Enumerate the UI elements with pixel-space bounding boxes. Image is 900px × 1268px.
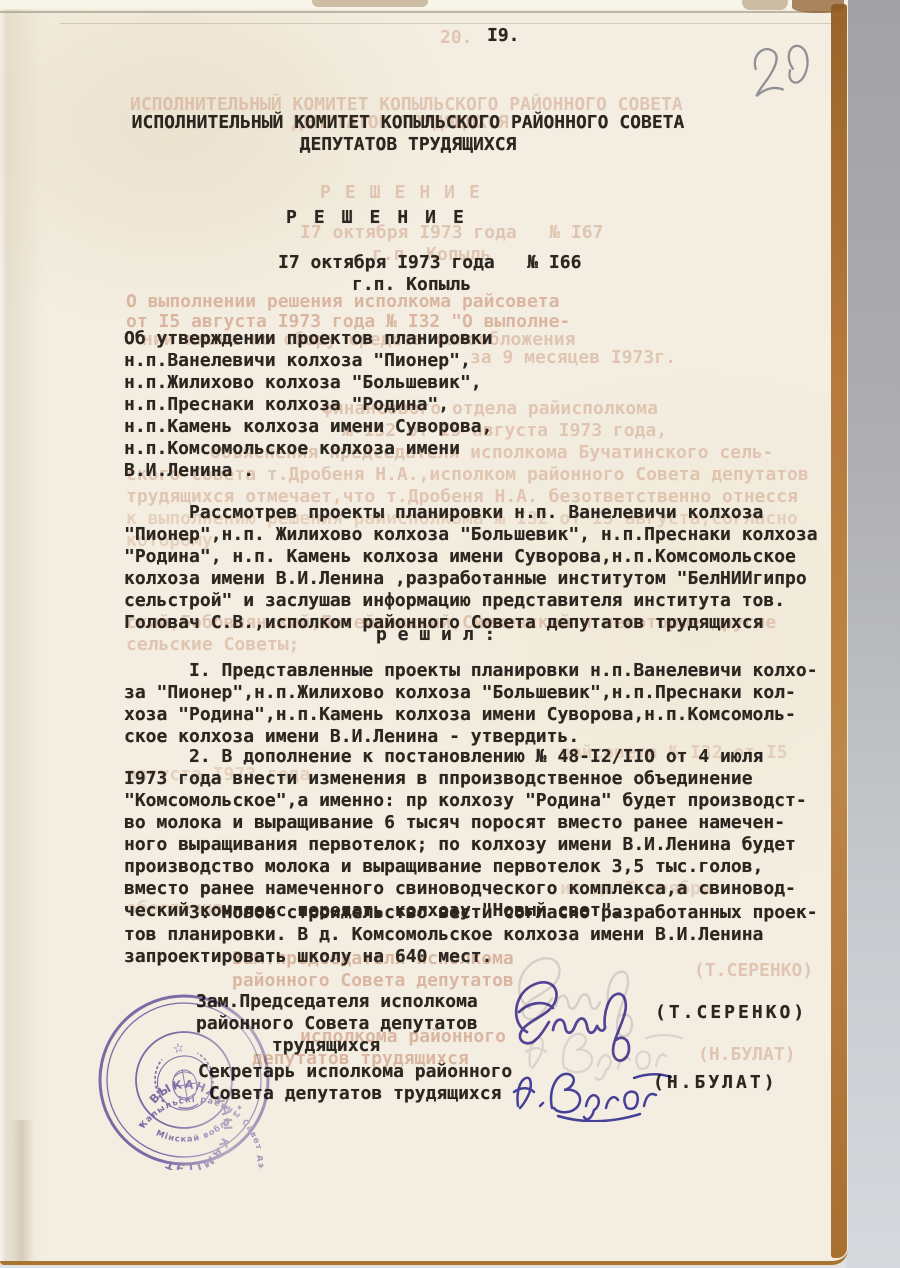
- stamp-emblem-star: ☆: [171, 1041, 185, 1058]
- page-edge-line: [0, 11, 833, 13]
- signature-bulat: [508, 1062, 676, 1122]
- svg-text:Мінскай вобласці: Мінскай вобласці: [94, 990, 236, 1159]
- stamp-star-right: ✦: [235, 1103, 245, 1114]
- signatory-name-serenko: (Т.СЕРЕНКО): [655, 1002, 807, 1024]
- official-round-stamp: ☆ ВЫКАНАЎЧЫ КАМІТЭТ Капыльскі раённы Сав…: [94, 990, 274, 1170]
- ghost-page-number: 20.: [440, 27, 473, 49]
- document-header: ИСПОЛНИТЕЛЬНЫЙ КОМИТЕТ КОПЫЛЬСКОГО РАЙОН…: [122, 112, 694, 156]
- date-and-number-line: I7 октября I973 года № I66: [278, 252, 581, 274]
- ghost-line: (Н.БУЛАТ): [698, 1044, 796, 1066]
- point-1: I. Представленные проекты планировки н.п…: [124, 660, 818, 748]
- pencil-handwritten-number: [736, 31, 819, 109]
- scanned-document-page: ИСПОЛНИТЕЛЬНЫЙ КОМИТЕТ КОПЫЛЬСКОГО РАЙОН…: [0, 0, 900, 1268]
- scanner-background: [846, 0, 900, 1268]
- page-edge-line-2: [60, 23, 833, 24]
- book-edge-mark: [792, 0, 844, 13]
- resolved-word: р е ш и л :: [376, 624, 495, 646]
- subject-block: Об утверждении проектов планировки н.п.В…: [124, 328, 492, 482]
- edge-smudge: [312, 0, 428, 7]
- ghost-line: за 9 месяцев I973г.: [470, 347, 676, 369]
- fold-shadow: [10, 1120, 34, 1261]
- ghost-line: районного Совета депутатов: [232, 970, 514, 992]
- page-number: I9.: [487, 25, 520, 47]
- preamble-paragraph: Рассмотрев проекты планировки н.п. Ванел…: [124, 502, 818, 634]
- point-2: 2. В дополнение к постановлению № 48-I2/…: [124, 746, 807, 922]
- place-line: г.п. Копыль: [352, 274, 471, 296]
- paper-sheet: ИСПОЛНИТЕЛЬНЫЙ КОМИТЕТ КОПЫЛЬСКОГО РАЙОН…: [0, 0, 848, 1265]
- ghost-line: О выполнении решения исполкома райсовета: [126, 291, 559, 313]
- edge-smudge: [742, 0, 788, 10]
- stamp-bottom-text: Мінскай вобласці: [94, 990, 236, 1159]
- book-page-edge: [831, 4, 847, 1258]
- point-3: 3. Новое строительство вести согласно ра…: [124, 902, 818, 968]
- ghost-line: РЕШЕНИЕ: [320, 182, 494, 204]
- ghost-line: сельские Советы;: [126, 634, 299, 656]
- document-title: РЕШЕНИЕ: [286, 207, 481, 229]
